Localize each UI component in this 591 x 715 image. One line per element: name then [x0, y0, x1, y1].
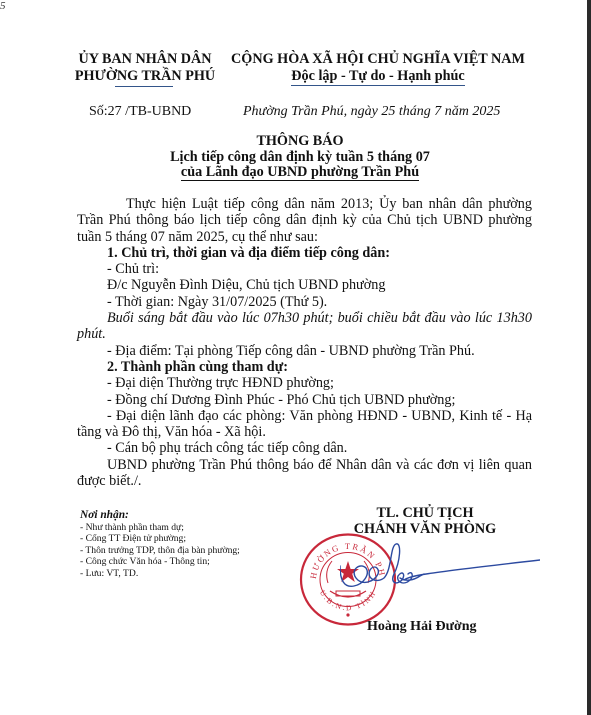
time-label: - Thời gian: [107, 294, 174, 310]
recipients-block: Nơi nhận: - Như thành phần tham dự; - Cổ… [80, 509, 240, 579]
chair-value: Đ/c Nguyễn Đình Diệu, Chủ tịch UBND phườ… [77, 277, 532, 293]
issuing-agency: ỦY BAN NHÂN DÂN PHƯỜNG TRẦN PHÚ [70, 51, 220, 85]
document-subject-line-2: của Lãnh đạo UBND phường Trần Phú [181, 164, 419, 181]
document-title: THÔNG BÁO Lịch tiếp công dân định kỳ tuầ… [120, 134, 480, 181]
national-motto: Độc lập - Tự do - Hạnh phúc [291, 68, 464, 86]
time-line: - Thời gian: Ngày 31/07/2025 (Thứ 5). [77, 294, 532, 310]
chair-label: - Chủ trì: [77, 261, 532, 277]
recipient-item: - Thôn trưởng TDP, thôn địa bàn phường; [80, 545, 240, 556]
nation-name: CỘNG HÒA XÃ HỘI CHỦ NGHĨA VIỆT NAM [228, 51, 528, 68]
closing-paragraph: UBND phường Trần Phú thông báo để Nhân d… [77, 457, 532, 490]
recipients-title: Nơi nhận: [80, 509, 240, 522]
recipient-item: - Công chức Văn hóa - Thông tin; [80, 556, 240, 567]
viewer-edge [587, 0, 591, 715]
signer-line-1: TL. CHỦ TỊCH [330, 505, 520, 521]
intro-paragraph: Thực hiện Luật tiếp công dân năm 2013; Ủ… [77, 196, 532, 245]
location-line: - Địa điểm: Tại phòng Tiếp công dân - UB… [77, 343, 532, 359]
handwritten-signature-icon [340, 540, 540, 620]
recipient-item: - Như thành phần tham dự; [80, 522, 240, 533]
national-header: CỘNG HÒA XÃ HỘI CHỦ NGHĨA VIỆT NAM Độc l… [228, 51, 528, 86]
participant-item: - Đại diện lãnh đạo các phòng: Văn phòng… [77, 408, 532, 441]
recipient-item: - Cổng TT Điện tử phường; [80, 533, 240, 544]
document-type: THÔNG BÁO [120, 134, 480, 150]
participant-item: - Cán bộ phụ trách công tác tiếp công dâ… [77, 440, 532, 456]
document-number: Số:27 /TB-UBND [89, 104, 191, 120]
section-1-heading: 1. Chủ trì, thời gian và địa điểm tiếp c… [77, 245, 532, 261]
participant-item: - Đồng chí Dương Đình Phúc - Phó Chủ tịc… [77, 392, 532, 408]
recipient-item: - Lưu: VT, TD. [80, 568, 240, 579]
section-2-heading: 2. Thành phần cùng tham dự: [77, 359, 532, 375]
time-value: Ngày 31/07/2025 (Thứ 5). [174, 294, 327, 310]
participant-item: - Đại diện Thường trực HĐND phường; [77, 375, 532, 391]
document-body: Thực hiện Luật tiếp công dân năm 2013; Ủ… [77, 196, 532, 489]
agency-line-2: PHƯỜNG TRẦN PHÚ [75, 68, 215, 85]
location-label: - Địa điểm: [107, 343, 172, 359]
signer-name: Hoàng Hải Đường [367, 619, 477, 635]
location-value: Tại phòng Tiếp công dân - UBND phường Tr… [172, 343, 475, 359]
document-subject-line-1: Lịch tiếp công dân định kỳ tuần 5 tháng … [120, 150, 480, 166]
agency-line-1: ỦY BAN NHÂN DÂN [70, 51, 220, 68]
place-and-date: Phường Trần Phú, ngày 25 tháng 7 năm 202… [243, 104, 500, 120]
time-detail: Buổi sáng bắt đầu vào lúc 07h30 phút; bu… [77, 310, 532, 343]
page-corner-mark: 5 [0, 0, 6, 12]
